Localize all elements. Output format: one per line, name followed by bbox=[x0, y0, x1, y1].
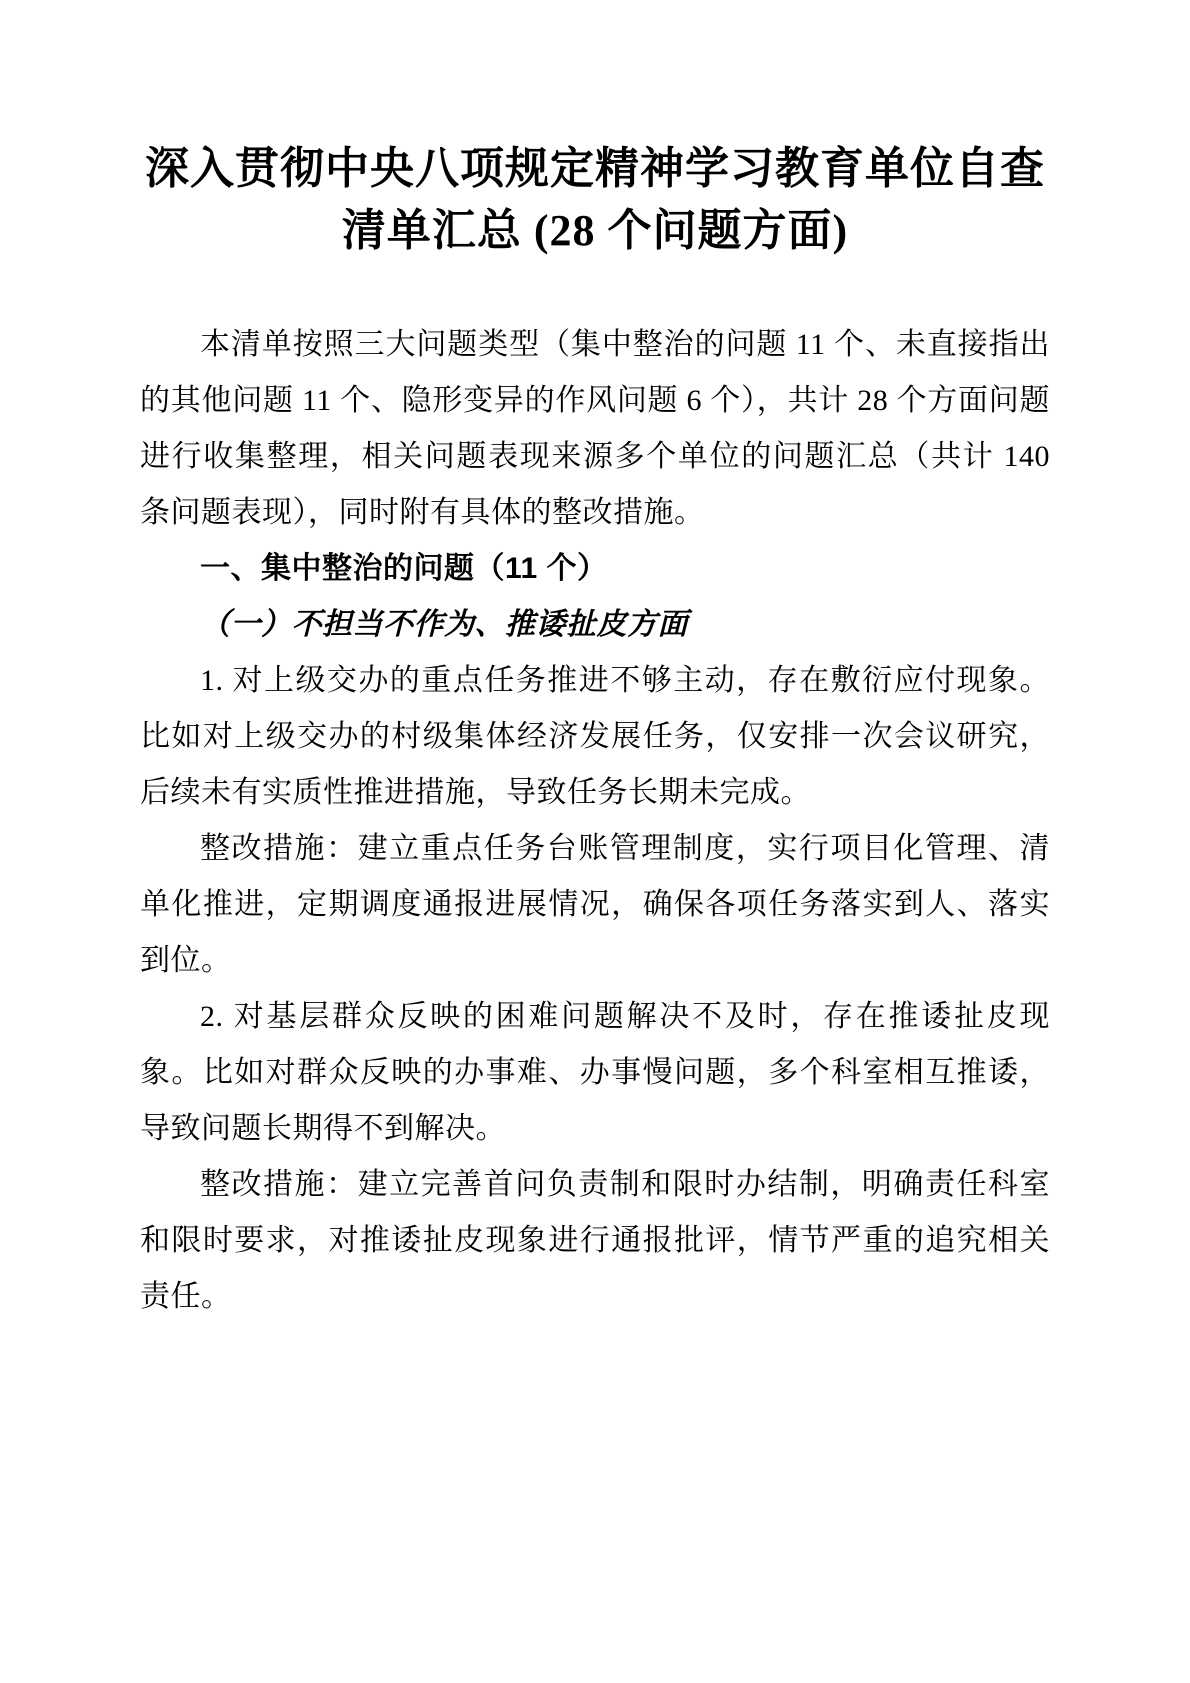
document-page: 深入贯彻中央八项规定精神学习教育单位自查清单汇总 (28 个问题方面) 本清单按… bbox=[0, 0, 1190, 1683]
problem-paragraph-1: 1. 对上级交办的重点任务推进不够主动，存在敷衍应付现象。比如对上级交办的村级集… bbox=[140, 653, 1050, 821]
remedy-paragraph-2: 整改措施：建立完善首问负责制和限时办结制，明确责任科室和限时要求，对推诿扯皮现象… bbox=[140, 1157, 1050, 1325]
section-heading-1: 一、集中整治的问题（11 个） bbox=[140, 541, 1050, 597]
intro-paragraph: 本清单按照三大问题类型（集中整治的问题 11 个、未直接指出的其他问题 11 个… bbox=[140, 317, 1050, 541]
problem-paragraph-2: 2. 对基层群众反映的困难问题解决不及时，存在推诿扯皮现象。比如对群众反映的办事… bbox=[140, 989, 1050, 1157]
remedy-paragraph-1: 整改措施：建立重点任务台账管理制度，实行项目化管理、清单化推进，定期调度通报进展… bbox=[140, 821, 1050, 989]
document-title: 深入贯彻中央八项规定精神学习教育单位自查清单汇总 (28 个问题方面) bbox=[140, 138, 1050, 262]
subsection-heading-1-1: （一）不担当不作为、推诿扯皮方面 bbox=[140, 597, 1050, 653]
